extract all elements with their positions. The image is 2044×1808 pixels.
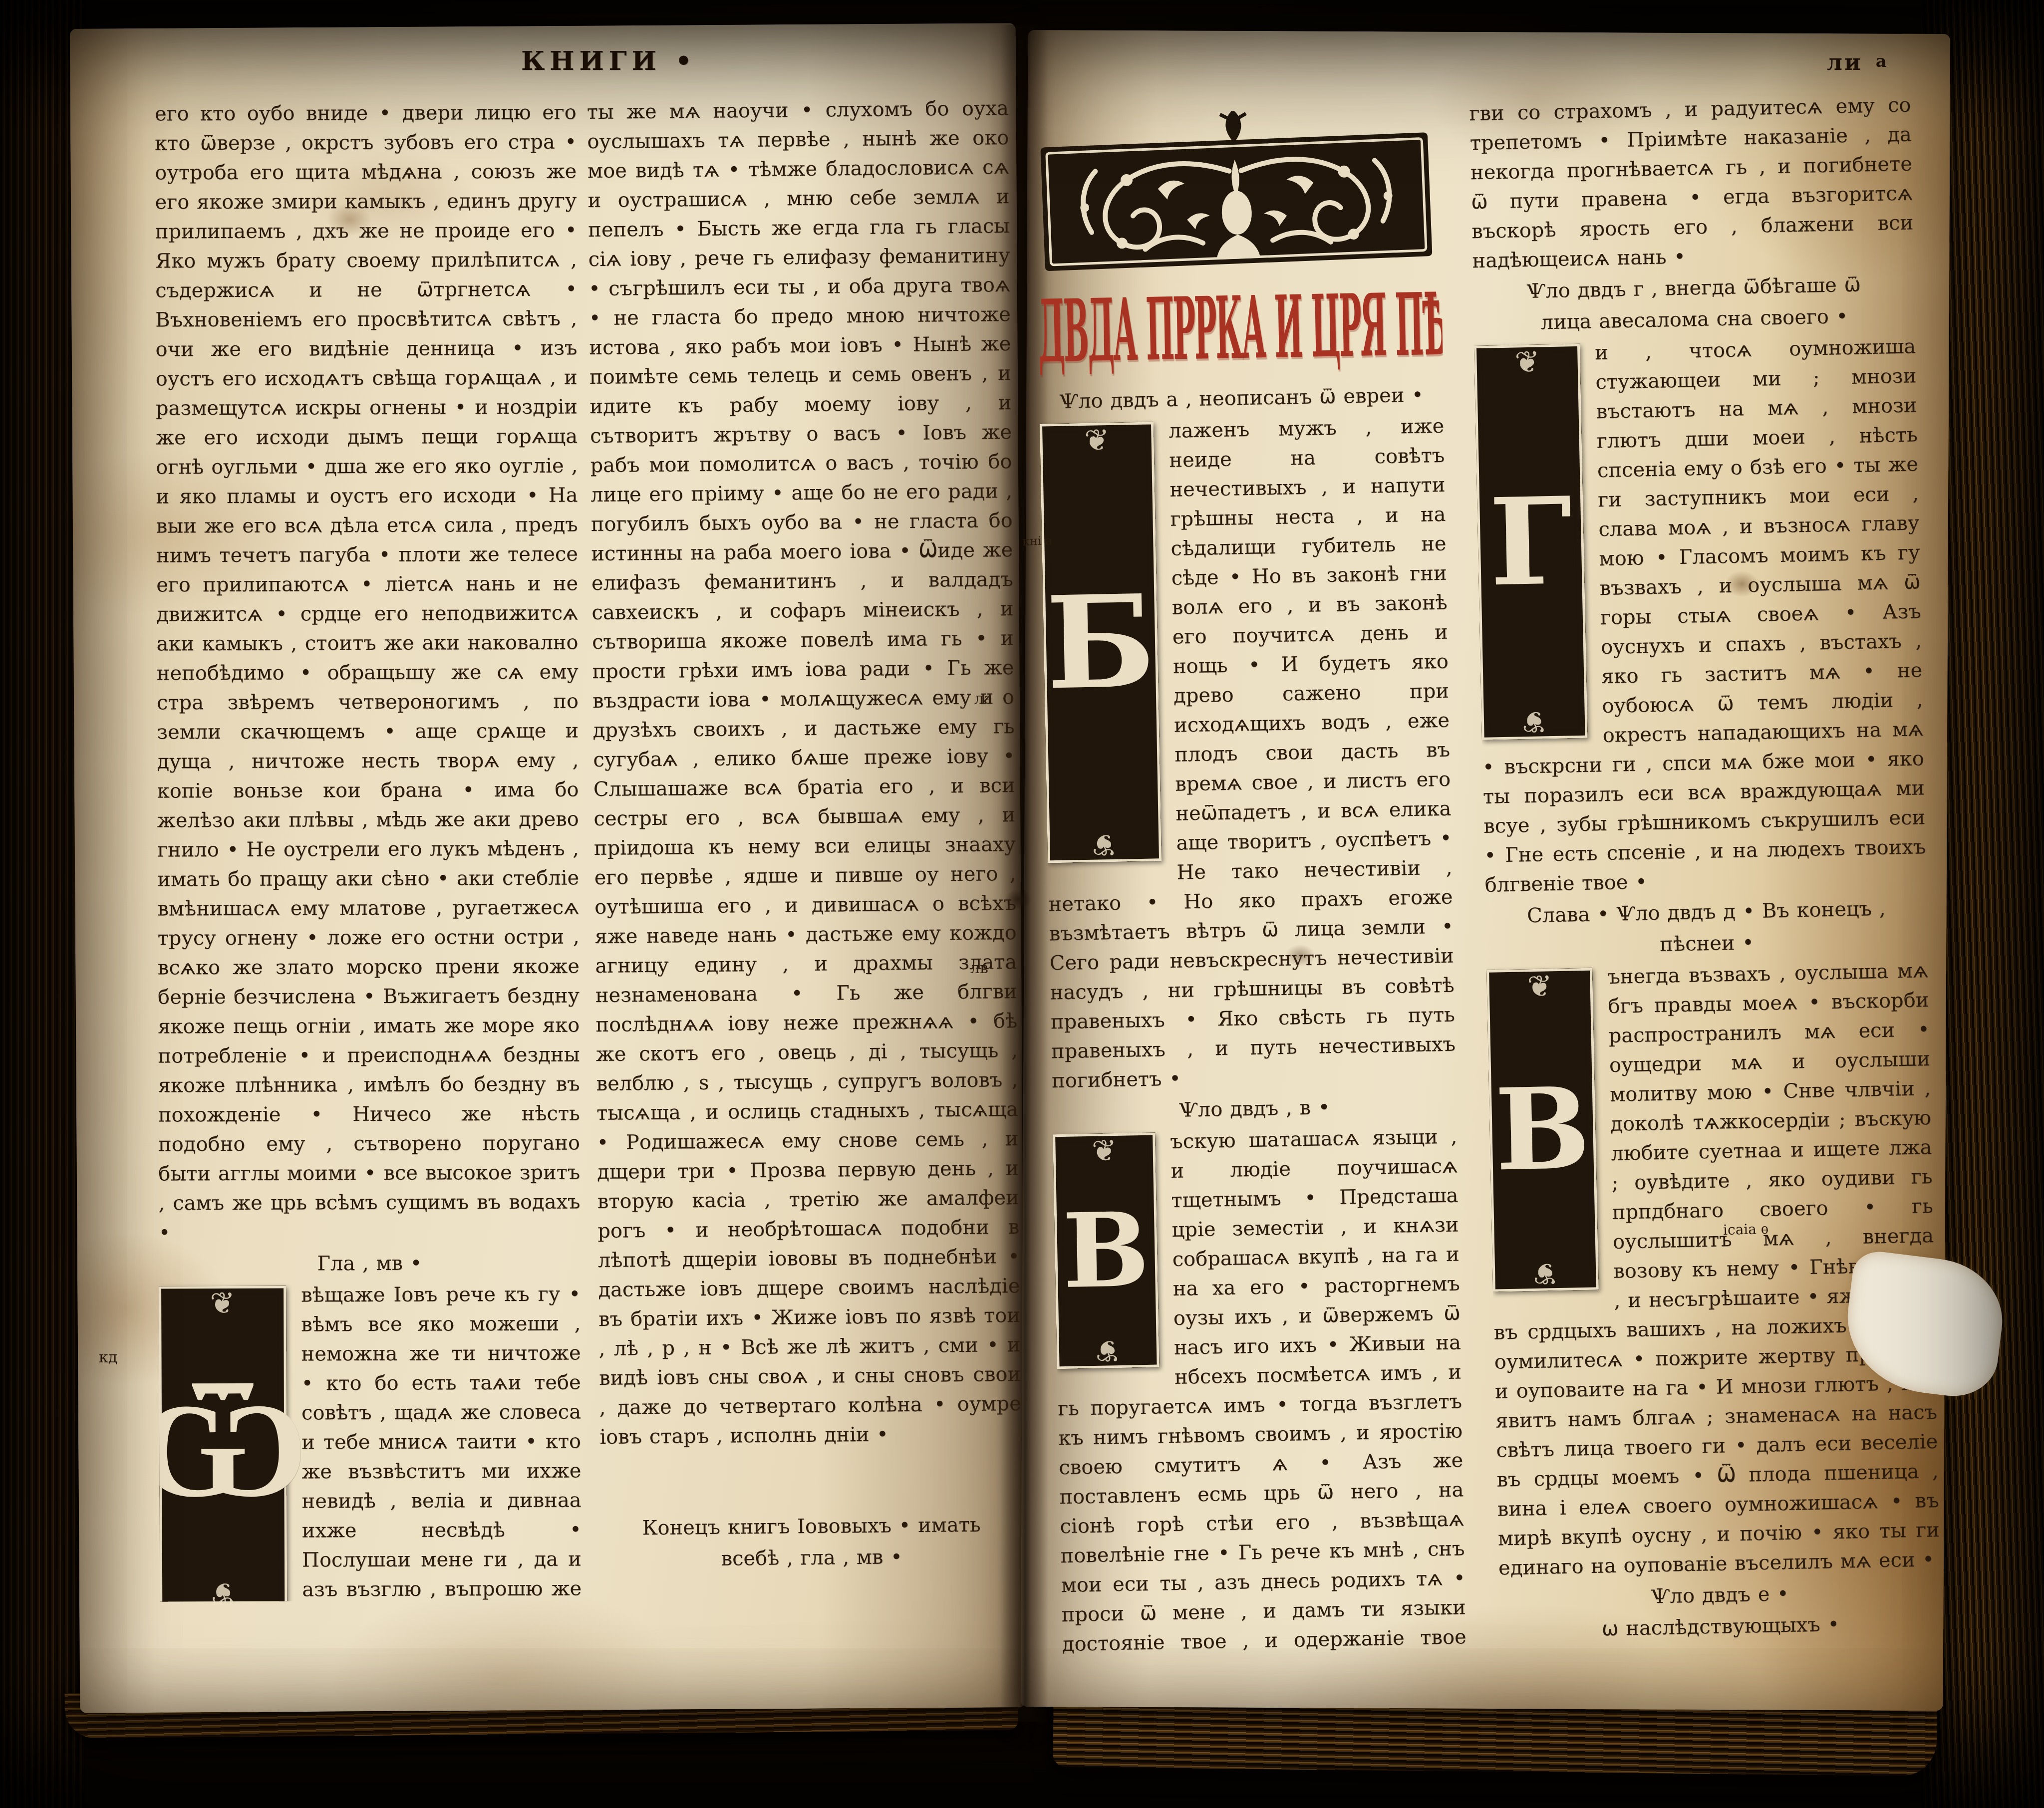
open-book-photo: КНИГИ • лиа его кто оубо вниде • двери л… — [0, 0, 2044, 1808]
margin-note-chapter: кд — [99, 1350, 117, 1366]
text-column-job-1: его кто оубо вниде • двери лицю его кто … — [155, 98, 582, 1602]
text-column-psalter-1: ДВДА ПРРКА И ЦРЯ ПѢСНЬ Ѱло двдъ а , неоп… — [1034, 107, 1467, 1664]
psalter-title-text: ДВДА ПРРКА И ЦРЯ ПѢСНЬ — [1036, 218, 1467, 436]
psalter-title-rubric: ДВДА ПРРКА И ЦРЯ ПѢСНЬ — [1037, 273, 1444, 383]
ornate-initial-Г: Г — [1474, 344, 1588, 740]
margin-note-isaiah-ref: ісаіа ѳ — [1723, 1221, 1769, 1238]
text-column-job-2: ты же мѧ наоучи • слухомъ бо оуха оуслыш… — [587, 94, 1023, 1602]
spacer — [600, 1448, 1022, 1512]
margin-note-verse-la: ла — [974, 691, 993, 707]
initial-paragraph: Блаженъ мужъ , иже неиде на совѣтъ нечес… — [1040, 412, 1457, 1096]
initial-paragraph: Въскую шаташасѧ языци , и людіе поучишас… — [1053, 1122, 1466, 1664]
section-heading: Конецъ книгъ Іововыхъ • имать — [600, 1510, 1023, 1544]
margin-note-signature: кні а — [1022, 532, 1053, 549]
text-paragraph: его кто оубо вниде • двери лицю его кто … — [155, 98, 581, 1248]
ornate-initial-В: В — [1053, 1133, 1160, 1369]
text-paragraph: гви со страхомъ , и радуитесѧ ему со тре… — [1469, 90, 1914, 276]
initial-paragraph: Ги , чтосѧ оумножиша стужающеи ми ; мноз… — [1474, 332, 1927, 900]
text-column-psalter-2: гви со страхомъ , и радуитесѧ ему со тре… — [1469, 90, 1943, 1693]
initial-paragraph: Ѿвѣщаже Іовъ рече къ гу • вѣмъ все яко м… — [159, 1280, 582, 1602]
psalter-column-body: Ѱло двдъ а , неописанъ ѿ евреи •Блаженъ … — [1039, 380, 1467, 1664]
section-heading: ѡ наслѣдствующыхъ • — [1499, 1608, 1942, 1646]
ornate-initial-В: В — [1486, 968, 1599, 1292]
section-heading: Гла , мв • — [159, 1249, 581, 1280]
folio-sub: а — [1876, 51, 1889, 71]
section-heading: всебѣ , гла , мв • — [600, 1542, 1023, 1575]
ornate-initial-Ѿ: Ѿ — [159, 1286, 287, 1602]
folio-main: ли — [1827, 50, 1863, 75]
ornate-initial-Б: Б — [1040, 422, 1162, 863]
text-paragraph: ты же мѧ наоучи • слухомъ бо оуха оуслыш… — [587, 94, 1022, 1452]
section-heading: Ѱло двдъ , в • — [1052, 1091, 1457, 1128]
running-header: КНИГИ • — [424, 46, 794, 76]
folio-number: лиа — [1827, 50, 1992, 75]
margin-note-verse-lv: лв — [970, 961, 988, 977]
